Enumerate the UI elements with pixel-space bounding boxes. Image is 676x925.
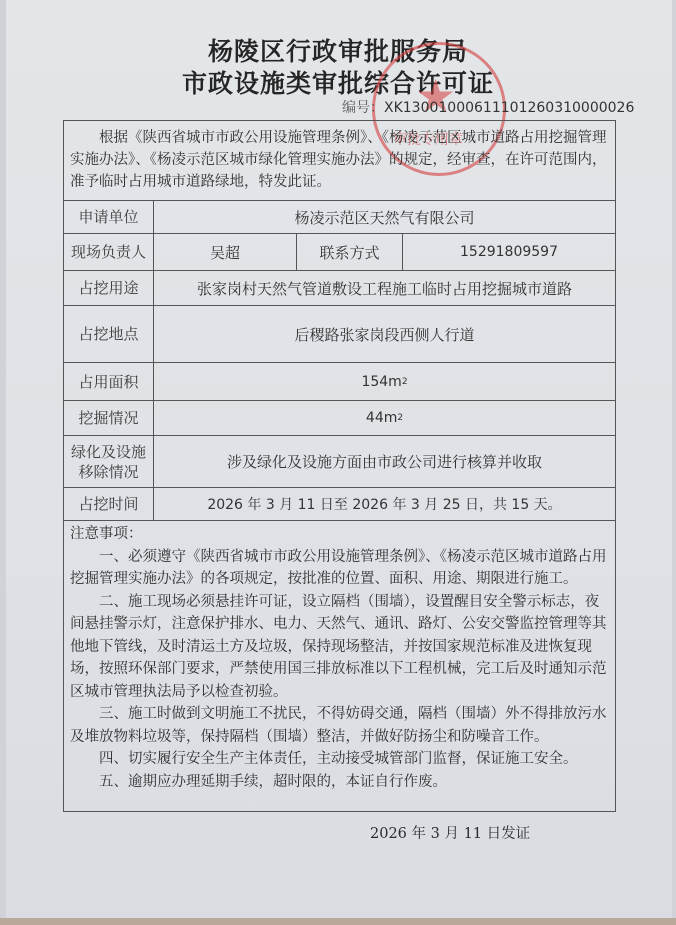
- row-location: 占挖地点 后稷路张家岗段西侧人行道: [64, 306, 615, 363]
- excavation-label: 挖掘情况: [64, 401, 154, 435]
- row-occupied-area: 占用面积 154m2: [64, 363, 615, 401]
- site-manager-value: 吴超: [154, 234, 297, 270]
- occupied-area-label: 占用面积: [64, 363, 154, 400]
- permit-table: 根据《陕西省城市市政公用设施管理条例》、《杨凌示范区城市道路占用挖掘管理实施办法…: [63, 120, 616, 812]
- purpose-label: 占挖用途: [64, 271, 154, 305]
- row-greening: 绿化及设施 移除情况 涉及绿化及设施方面由市政公司进行核算并收取: [64, 436, 615, 488]
- greening-label-line2: 移除情况: [78, 462, 138, 482]
- issue-date: 2026 年 3 月 11 日发证: [370, 822, 530, 843]
- note-item: 四、切实履行安全生产主体责任，主动接受城管部门监督，保证施工安全。: [70, 748, 609, 771]
- unit-superscript: 2: [402, 377, 408, 387]
- row-excavation: 挖掘情况 44m2: [64, 401, 615, 436]
- location-label: 占挖地点: [64, 306, 154, 362]
- excavation-number: 44m: [366, 410, 397, 426]
- excavation-value: 44m2: [154, 401, 615, 435]
- row-purpose: 占挖用途 张家岗村天然气管道敷设工程施工临时占用挖掘城市道路: [64, 271, 615, 306]
- occupied-area-value: 154m2: [154, 363, 615, 400]
- location-value: 后稷路张家岗段西侧人行道: [154, 306, 615, 362]
- site-manager-label: 现场负责人: [64, 234, 154, 270]
- row-applicant: 申请单位 杨凌示范区天然气有限公司: [64, 201, 615, 234]
- issuing-authority-title: 杨陵区行政审批服务局: [0, 32, 676, 68]
- period-value: 2026 年 3 月 11 日至 2026 年 3 月 25 日，共 15 天。: [154, 488, 615, 520]
- serial-number: 编号：XK13001000611101260310000026: [342, 97, 634, 117]
- note-item: 一、必须遵守《陕西省城市市政公用设施管理条例》、《杨凌示范区城市道路占用挖掘管理…: [70, 546, 609, 591]
- notes-heading: 注意事项：: [70, 523, 609, 546]
- row-period: 占挖时间 2026 年 3 月 11 日至 2026 年 3 月 25 日，共 …: [64, 488, 615, 521]
- note-item: 五、逾期应办理延期手续，超时限的，本证自行作废。: [70, 771, 609, 794]
- row-site-manager: 现场负责人 吴超 联系方式 15291809597: [64, 234, 615, 271]
- greening-label: 绿化及设施 移除情况: [64, 436, 154, 487]
- note-item: 二、施工现场必须悬挂许可证，设立隔档（围墙），设置醒目安全警示标志，夜间悬挂警示…: [70, 591, 609, 704]
- applicant-label: 申请单位: [64, 201, 154, 233]
- occupied-area-number: 154m: [361, 374, 401, 390]
- background-surface: [0, 918, 676, 925]
- greening-label-line1: 绿化及设施: [71, 442, 146, 462]
- greening-value: 涉及绿化及设施方面由市政公司进行核算并收取: [154, 436, 615, 487]
- note-item: 三、施工时做到文明施工不扰民，不得妨碍交通，隔档（围墙）外不得排放污水及堆放物料…: [70, 703, 609, 748]
- purpose-value: 张家岗村天然气管道敷设工程施工临时占用挖掘城市道路: [154, 271, 615, 305]
- contact-label: 联系方式: [297, 234, 403, 270]
- unit-superscript: 2: [397, 413, 403, 423]
- serial-label: 编号：: [342, 100, 384, 116]
- intro-paragraph: 根据《陕西省城市市政公用设施管理条例》、《杨凌示范区城市道路占用挖掘管理实施办法…: [64, 121, 615, 201]
- applicant-value: 杨凌示范区天然气有限公司: [154, 201, 615, 233]
- contact-value: 15291809597: [403, 234, 615, 270]
- period-label: 占挖时间: [64, 488, 154, 520]
- notes-section: 注意事项： 一、必须遵守《陕西省城市市政公用设施管理条例》、《杨凌示范区城市道路…: [64, 521, 615, 793]
- permit-title: 市政设施类审批综合许可证: [0, 64, 676, 100]
- serial-value: XK13001000611101260310000026: [384, 100, 634, 116]
